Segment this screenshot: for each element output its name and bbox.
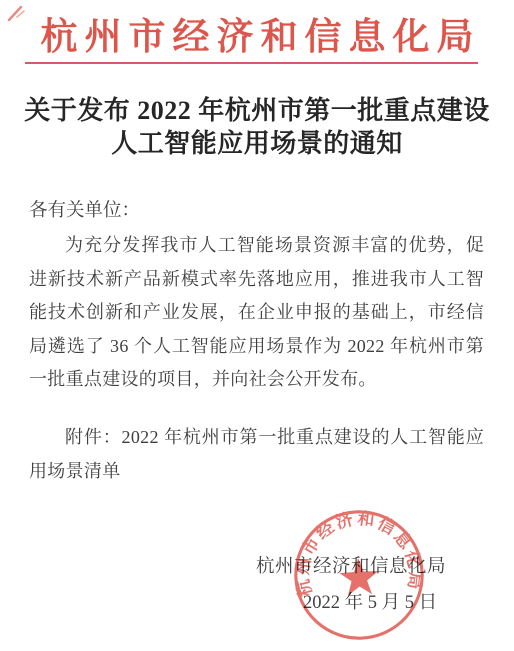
document-title-line2: 人工智能应用场景的通知	[0, 127, 514, 160]
star-icon	[339, 557, 380, 596]
document-title: 关于发布 2022 年杭州市第一批重点建设 人工智能应用场景的通知	[0, 94, 514, 160]
attachment-note: 附件：2022 年杭州市第一批重点建设的人工智能应用场景清单	[29, 421, 484, 488]
letterhead-divider	[25, 62, 478, 64]
body-paragraph: 为充分发挥我市人工智能场景资源丰富的优势，促进新技术新产品新模式率先落地应用，推…	[29, 229, 484, 397]
salutation: 各有关单位：	[29, 196, 140, 222]
scanned-notice-document: 杭州市经济和信息化局 关于发布 2022 年杭州市第一批重点建设 人工智能应用场…	[0, 0, 514, 651]
red-scan-mark-icon	[4, 2, 32, 26]
letterhead-agency-name: 杭州市经济和信息化局	[0, 6, 514, 60]
seal-stamp-icon: 杭州市经济和信息化局	[288, 504, 431, 647]
document-title-line1: 关于发布 2022 年杭州市第一批重点建设	[0, 94, 514, 127]
